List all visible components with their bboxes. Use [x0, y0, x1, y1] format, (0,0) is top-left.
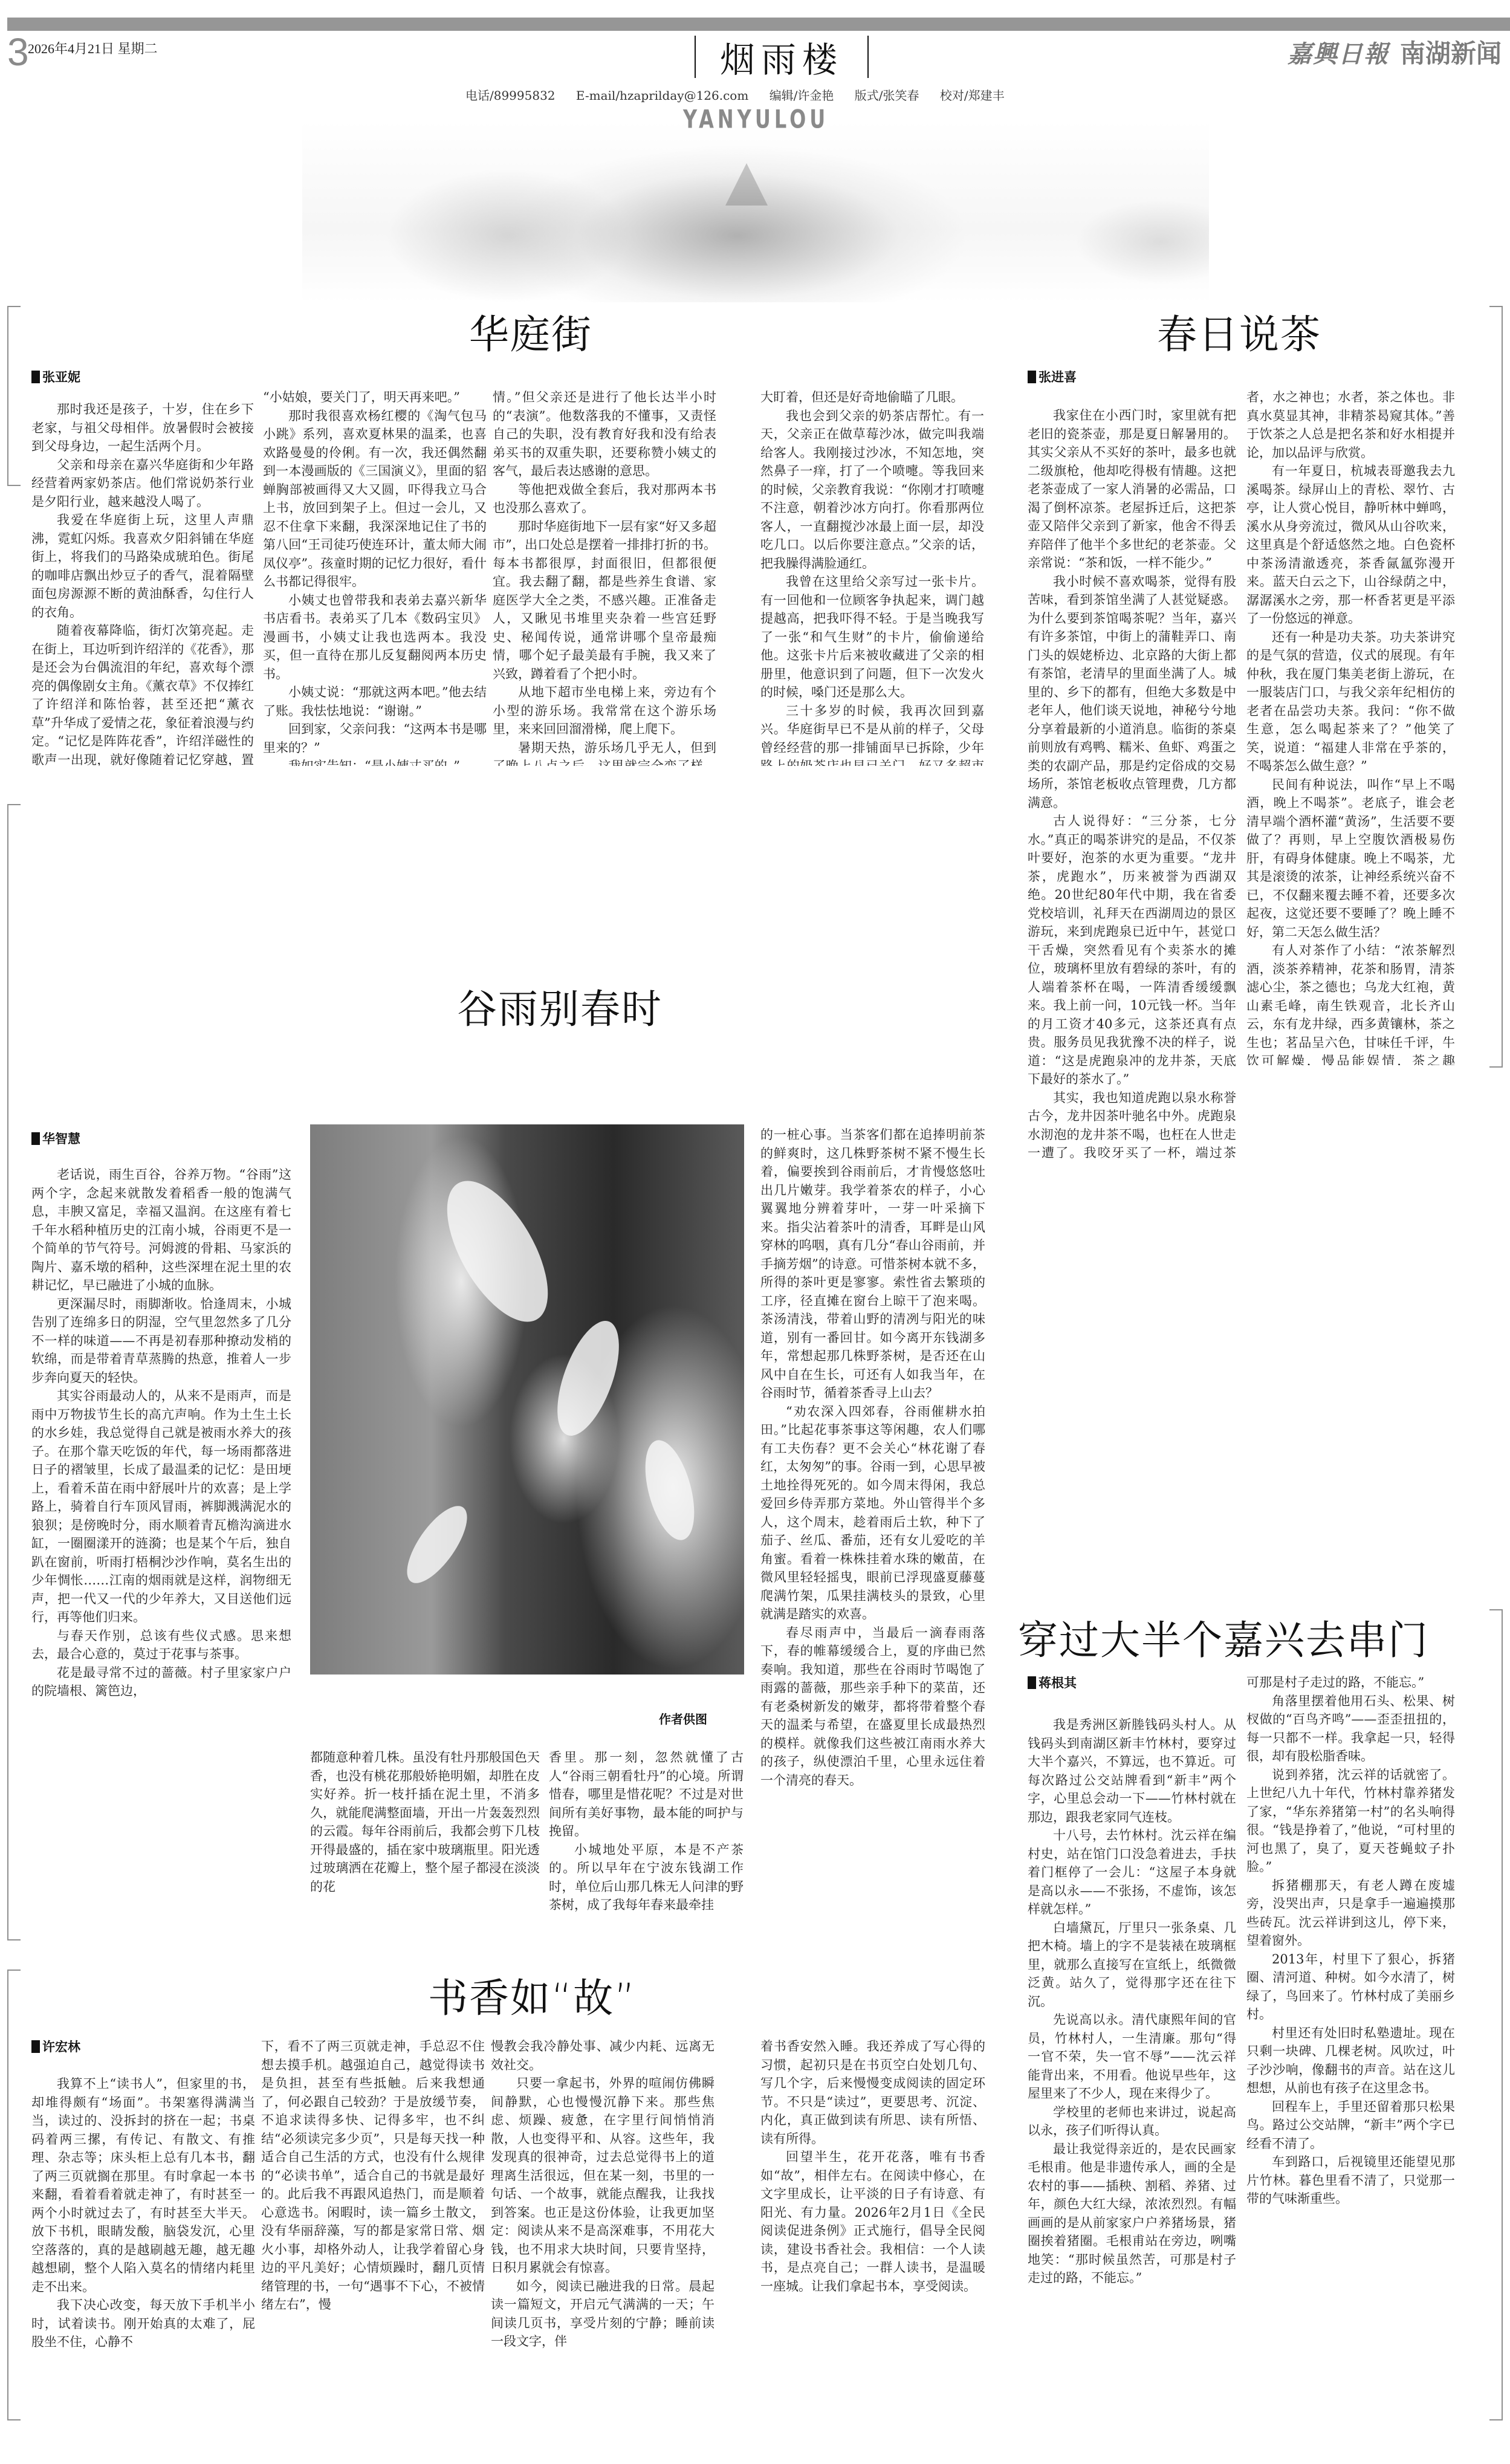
paragraph: 小姨丈说：“那就这两本吧。”他去结了账。我怯怯地说：“谢谢。” [263, 683, 487, 720]
paragraph: 者，水之神也；水者，茶之体也。非真水莫显其神，非精茶曷窥其体。”善于饮茶之人总是… [1246, 388, 1455, 462]
paragraph: 民间有种说法，叫作“早上不喝酒，晚上不喝茶”。老底子，谁会老清早端个酒杯灌“黄汤… [1246, 776, 1455, 942]
paragraph: 更深漏尽时，雨脚渐收。恰逢周末，小城告别了连绵多日的阴湿，空气里忽然多了几分不一… [31, 1295, 291, 1387]
article-column: 我是秀洲区新塍钱码头村人。从钱码头到南湖区新丰竹林村，要穿过大半个嘉兴，不算远，… [1028, 1716, 1236, 2420]
article-column: 着书香安然入睡。我还养成了写心得的习惯，起初只是在书页空白处划几句、写几个字，后… [760, 2037, 985, 2420]
frame-bracket [7, 804, 21, 1940]
article-column: 我算不上“读书人”，但家里的书，却堆得颇有“场面”。书架塞得满满当当，读过的、没… [31, 2075, 255, 2420]
paragraph: 我如实告知：“是小姨丈买的。” [263, 757, 487, 766]
paragraph: 我曾在这里给父亲写过一张卡片。有一回他和一位顾客争执起来，调门越提越高，把我吓得… [760, 572, 984, 702]
paragraph: 我是秀洲区新塍钱码头村人。从钱码头到南湖区新丰竹林村，要穿过大半个嘉兴，不算远，… [1028, 1716, 1236, 1826]
article-column: 老话说，雨生百谷，谷养万物。“谷雨”这两个字，念起来就散发着稻香一般的饱满气息，… [31, 1166, 291, 1815]
frame-bracket [1489, 306, 1503, 1068]
paragraph: 从地下超市坐电梯上来，旁边有个小型的游乐场。我常常在这个游乐场里，来来回回溜滑梯… [493, 683, 716, 739]
article-column: 情。”但父亲还是进行了他长达半小时的“表演”。他数落我的不懂事，又责怪自己的失职… [493, 388, 716, 766]
paragraph: 角落里摆着他用石头、松果、树杈做的“百鸟齐鸣”——歪歪扭扭的，每一只都不一样。我… [1246, 1692, 1455, 1766]
header-bar [7, 18, 1510, 31]
divider [695, 36, 696, 78]
leaf-shape [427, 1165, 568, 1337]
paragraph: 有一年夏日，杭城表哥邀我去九溪喝茶。绿屏山上的青松、翠竹、古亭，让人赏心悦目，静… [1246, 462, 1455, 628]
proofreader: 校对/郑建丰 [940, 88, 1005, 103]
contact-line: 电话/89995832 E-mail/hzaprilday@126.com 编辑… [465, 86, 1019, 103]
paragraph: 说到养猪，沈云祥的话就密了。上世纪八九十年代，竹林村靠养猪发了家，“华东养猪第一… [1246, 1766, 1455, 1876]
paragraph: 有人对茶作了小结：“浓茶解烈酒，淡茶养精神，花茶和肠胃，清茶滤心尘，茶之德也；乌… [1246, 941, 1455, 1065]
paragraph: “小姑娘，要关门了，明天再来吧。” [263, 388, 487, 407]
paragraph: 如今，阅读已融进我的日常。晨起读一篇短文，开启元气满满的一天；午间读几页书，享受… [491, 2277, 714, 2351]
paragraph: 那时华庭街地下一层有家“好又多超市”，出口处总是摆着一排排打折的书。每本书都很厚… [493, 517, 716, 684]
spring-plant-photo [310, 1124, 744, 1675]
paragraph: 春尽雨声中，当最后一滴春雨落下，春的帷幕缓缓合上，夏的序曲已然奏响。我知道，那些… [760, 1624, 985, 1790]
paragraph: 着书香安然入睡。我还养成了写心得的习惯，起初只是在书页空白处划几句、写几个字，后… [760, 2037, 985, 2148]
paragraph: 与春天作别，总该有些仪式感。思来想去，最合心意的，莫过于花事与茶事。 [31, 1627, 291, 1664]
article-column: 的一桩心事。当茶客们都在追捧明前茶的鲜爽时，这几株野茶树不紧不慢生长着，偏要挨到… [760, 1126, 985, 1936]
paragraph: 学校里的老师也来讲过，说起高以永，孩子们听得认真。 [1028, 2103, 1236, 2140]
article-author: 张亚妮 [31, 368, 80, 386]
frame-bracket [7, 1970, 21, 2420]
leaf-shape [396, 1497, 478, 1592]
paragraph: 大盯着，但还是好奇地偷瞄了几眼。 [760, 388, 984, 407]
paragraph: 只要一拿起书，外界的喧闹仿佛瞬间静默，心也慢慢沉静下来。那些焦虑、烦躁、疲惫，在… [491, 2074, 714, 2277]
paragraph: 最让我觉得亲近的，是农民画家毛根甫。他是非遗传承人，画的全是农村的事——插秧、割… [1028, 2140, 1236, 2287]
paragraph: 三十多岁的时候，我再次回到嘉兴。华庭街早已不是从前的样子，父母曾经经营的那一排铺… [760, 702, 984, 767]
article-column: 都随意种着几株。虽没有牡丹那般国色天香，也没有桃花那般娇艳明媚，却胜在皮实好养。… [310, 1748, 540, 1936]
leaf-shape [545, 1313, 632, 1443]
issue-date: 2026年4月21日 星期二 [28, 39, 158, 57]
paragraph: 回到家，父亲问我：“这两本书是哪里来的？” [263, 720, 487, 757]
paragraph: 拆猪棚那天，有老人蹲在废墟旁，没哭出声，只是拿手一遍遍摸那些砖瓦。沈云祥讲到这儿… [1246, 1876, 1455, 1950]
article-title[interactable]: 谷雨别春时 [457, 977, 663, 1034]
paragraph: 父亲和母亲在嘉兴华庭街和少年路经营着两家奶茶店。他们常说奶茶行业是夕阳行业，越来… [31, 456, 254, 511]
email-link[interactable]: E-mail/hzaprilday@126.com [576, 88, 748, 103]
article-column: 可那是村子走过的路，不能忘。”角落里摆着他用石头、松果、树杈做的“百鸟齐鸣”——… [1246, 1673, 1455, 2420]
editor: 编辑/许金艳 [770, 88, 834, 103]
article-author: 蒋根其 [1028, 1673, 1077, 1691]
article-column: “小姑娘，要关门了，明天再来吧。”那时我很喜欢杨红樱的《淘气包马小跳》系列，喜欢… [263, 388, 487, 766]
paragraph: 其实谷雨最动人的，从来不是雨声，而是雨中万物拔节生长的高亢声响。作为土生土长的水… [31, 1387, 291, 1627]
section-pinyin: YANYULOU [683, 104, 829, 134]
article-title[interactable]: 华庭街 [469, 302, 592, 360]
article-title[interactable]: 春日说茶 [1157, 302, 1321, 360]
section-name: 烟雨楼 [720, 31, 843, 82]
article-column: 下，看不了两三页就走神，手总忍不住想去摸手机。越强迫自己，越觉得读书是负担，甚至… [261, 2037, 485, 2420]
paragraph: 还有一种是功夫茶。功夫茶讲究的是气氛的营造，仪式的展现。有年仲秋，我在厦门集美老… [1246, 628, 1455, 776]
paragraph: 的一桩心事。当茶客们都在追捧明前茶的鲜爽时，这几株野茶树不紧不慢生长着，偏要挨到… [760, 1126, 985, 1402]
paragraph: 情。”但父亲还是进行了他长达半小时的“表演”。他数落我的不懂事，又责怪自己的失职… [493, 388, 716, 481]
paragraph: 我爱在华庭街上玩，这里人声鼎沸，霓虹闪烁。我喜欢夕阳斜铺在华庭街上，将我们的马路… [31, 511, 254, 621]
paragraph: 车到路口，后视镜里还能望见那片竹林。暮色里看不清了，只觉那一带的气味渐重些。 [1246, 2153, 1455, 2208]
paragraph: 我也会到父亲的奶茶店帮忙。有一天，父亲正在做草莓沙冰，做完叫我端给客人。我刚接过… [760, 407, 984, 573]
paragraph: 那时我很喜欢杨红樱的《淘气包马小跳》系列，喜欢夏林果的温柔，也喜欢路曼曼的伶俐。… [263, 407, 487, 591]
frame-bracket [1489, 1609, 1503, 2420]
phone: 电话/89995832 [465, 88, 556, 103]
paragraph: 古人说得好：“三分茶，七分水。”真正的喝茶讲究的是品，不仅茶叶要好，泡茶的水更为… [1028, 812, 1236, 1089]
photo-caption: 作者供图 [659, 1710, 707, 1727]
paragraph: 花是最寻常不过的蔷薇。村子里家家户户的院墙根、篱笆边， [31, 1664, 291, 1700]
article-title[interactable]: 书香如“故” [428, 1966, 636, 2023]
article-column: 香里。那一刻，忽然就懂了古人“谷雨三朝看牡丹”的心境。所谓惜春，哪里是惜花呢？不… [549, 1748, 744, 1936]
section-title: 烟雨楼 [652, 34, 912, 80]
pavilion-roof-shape [725, 163, 768, 206]
frame-bracket [7, 306, 21, 486]
paragraph: 香里。那一刻，忽然就懂了古人“谷雨三朝看牡丹”的心境。所谓惜春，哪里是惜花呢？不… [549, 1748, 744, 1841]
paragraph: 2013年，村里下了狠心，拆猪圈、清河道、种树。如今水清了，树绿了，鸟回来了。竹… [1246, 1950, 1455, 2024]
paragraph: 可那是村子走过的路，不能忘。” [1246, 1673, 1455, 1692]
brand-name: 南湖新闻 [1400, 34, 1502, 70]
paragraph: 等他把戏做全套后，我对那两本书也没那么喜欢了。 [493, 481, 716, 517]
paragraph: 十八号，去竹林村。沈云祥在编村史，站在馆门口没急着进去，手扶着门框停了一会儿：“… [1028, 1826, 1236, 1919]
paragraph: 小姨丈也曾带我和表弟去嘉兴新华书店看书。表弟买了几本《数码宝贝》漫画书，小姨丈让… [263, 591, 487, 684]
article-column: 大盯着，但还是好奇地偷瞄了几眼。我也会到父亲的奶茶店帮忙。有一天，父亲正在做草莓… [760, 388, 984, 766]
paragraph: 我小时候不喜欢喝茶，觉得有股苦味，看到茶馆坐满了人甚觉疑惑。为什么要到茶馆喝茶呢… [1028, 572, 1236, 812]
paragraph: 下，看不了两三页就走神，手总忍不住想去摸手机。越强迫自己，越觉得读书是负担，甚至… [261, 2037, 485, 2314]
paragraph: 其实，我也知道虎跑以泉水称誉古今，龙井因茶叶驰名中外。虎跑泉水沏泡的龙井茶不喝，… [1028, 1089, 1236, 1162]
paragraph: 回望半生，花开花落，唯有书香如“故”，相伴左右。在阅读中修心，在文字里成长，让平… [760, 2148, 985, 2295]
paragraph: 老话说，雨生百谷，谷养万物。“谷雨”这两个字，念起来就散发着稻香一般的饱满气息，… [31, 1166, 291, 1295]
paragraph: 我下决心改变，每天放下手机半小时，试着读书。刚开始真的太难了，屁股坐不住，心静不 [31, 2296, 255, 2352]
paragraph: 村里还有处旧时私塾遗址。现在只剩一块碑、几棵老树。风吹过，叶子沙沙响，像翻书的声… [1246, 2024, 1455, 2098]
calligraphy-logo: 嘉興日報 [1288, 35, 1389, 70]
newspaper-brand: 嘉興日報 南湖新闻 [1288, 34, 1502, 70]
article-author: 华智慧 [31, 1129, 80, 1147]
page-number: 3 [7, 33, 29, 71]
article-column: 者，水之神也；水者，茶之体也。非真水莫显其神，非精茶曷窥其体。”善于饮茶之人总是… [1246, 388, 1455, 1065]
paragraph: 随着夜幕降临，街灯次第亮起。走在街上，耳边听到许绍洋的《花香》，那是还会为台偶流… [31, 621, 254, 766]
paragraph: “劝农深入四郊春，谷雨催耕水拍田。”比起花事茶事这等闲趣，农人们哪有工夫伤春？更… [760, 1402, 985, 1624]
paragraph: 我算不上“读书人”，但家里的书，却堆得颇有“场面”。书架塞得满满当当，读过的、没… [31, 2075, 255, 2296]
paragraph: 小城地处平原，本是不产茶的。所以早年在宁波东钱湖工作时，单位后山那几株无人问津的… [549, 1841, 744, 1914]
article-column: 那时我还是孩子，十岁，住在乡下老家，与祖父母相伴。放暑假时会被接到父母身边，一起… [31, 400, 254, 766]
paragraph: 白墙黛瓦，厅里只一张条桌、几把木椅。墙上的字不是装裱在玻璃框里，就那么直接写在宣… [1028, 1919, 1236, 2011]
divider [867, 36, 869, 78]
paragraph: 先说高以永。清代康熙年间的官员，竹林村人，一生清廉。那句“得一官不荣，失一官不辱… [1028, 2011, 1236, 2103]
misty-pavilion-banner-image [302, 121, 1209, 302]
article-author: 许宏林 [31, 2037, 80, 2055]
leaf-shape [636, 1435, 704, 1545]
paragraph: 那时我还是孩子，十岁，住在乡下老家，与祖父母相伴。放暑假时会被接到父母身边，一起… [31, 400, 254, 456]
article-column: 我家住在小西门时，家里就有把老旧的瓷茶壶，那是夏日解暑用的。其实父亲从不买好的茶… [1028, 406, 1236, 1162]
article-column: 慢教会我冷静处事、减少内耗、远离无效社交。只要一拿起书，外界的喧闹仿佛瞬间静默，… [491, 2037, 714, 2420]
paragraph: 回程车上，手里还留着那只松果鸟。路过公交站牌，“新丰”两个字已经看不清了。 [1246, 2098, 1455, 2153]
paragraph: 慢教会我冷静处事、减少内耗、远离无效社交。 [491, 2037, 714, 2074]
paragraph: 都随意种着几株。虽没有牡丹那般国色天香，也没有桃花那般娇艳明媚，却胜在皮实好养。… [310, 1748, 540, 1896]
article-author: 张进喜 [1028, 368, 1077, 386]
paragraph: 暑期天热，游乐场几乎无人，但到了晚上八点之后，这里就完全变了样。都市丽人们都下班… [493, 739, 716, 767]
paragraph: 我家住在小西门时，家里就有把老旧的瓷茶壶，那是夏日解暑用的。其实父亲从不买好的茶… [1028, 406, 1236, 572]
article-title[interactable]: 穿过大半个嘉兴去串门 [1018, 1608, 1429, 1665]
layout-editor: 版式/张笑春 [855, 88, 919, 103]
